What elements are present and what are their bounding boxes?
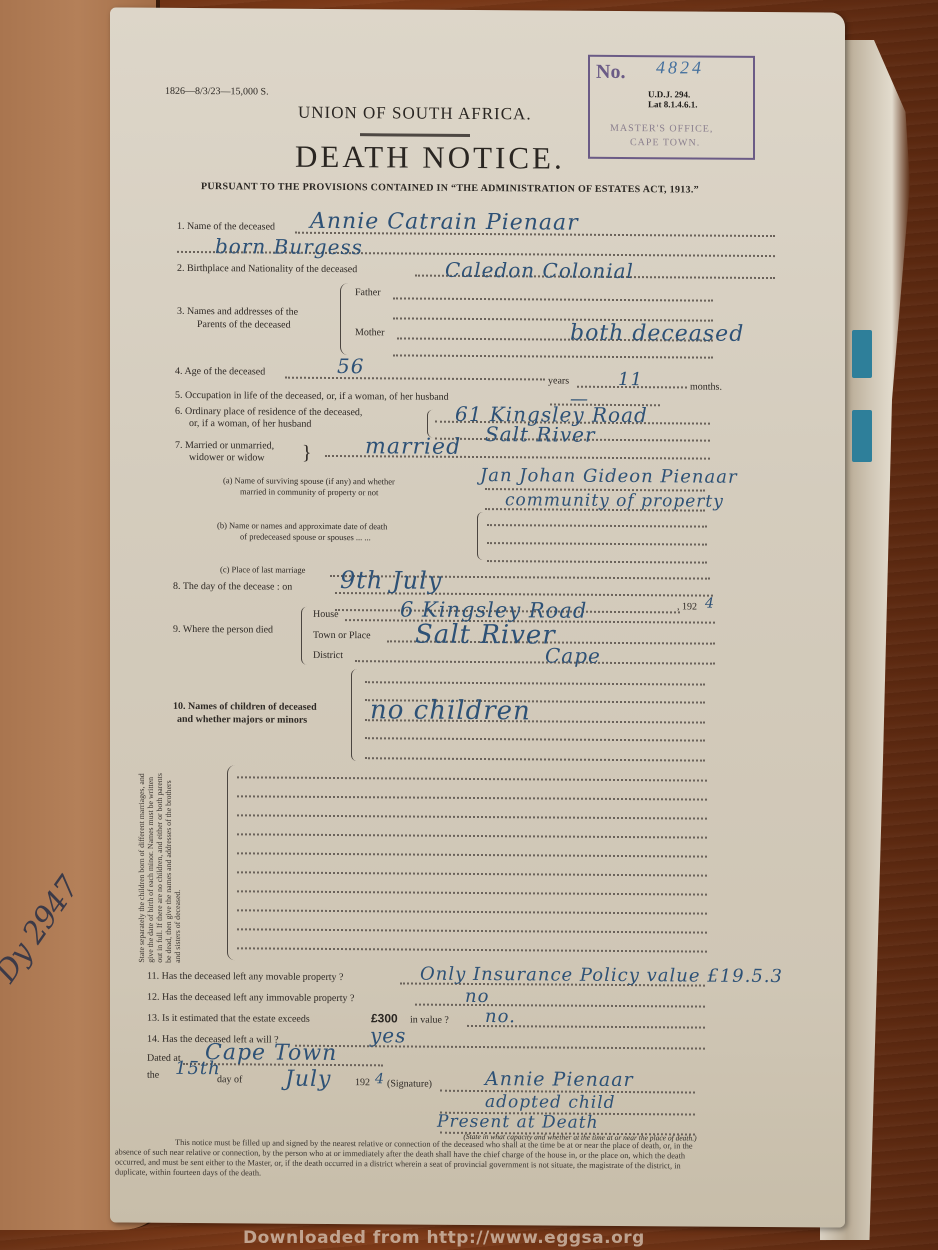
stamp-no-label: No. xyxy=(596,61,625,84)
deceased-name-cont: born Burgess xyxy=(215,234,363,259)
field-4-label: 4. Age of the deceased xyxy=(175,366,265,378)
brace xyxy=(351,669,357,761)
field-6-label2: or, if a woman, of her husband xyxy=(189,418,311,430)
dotted-line xyxy=(393,354,713,358)
field-7a-label2: married in community of property or not xyxy=(240,486,378,497)
field-12-label: 12. Has the deceased left any immovable … xyxy=(147,992,354,1004)
dotted-line xyxy=(365,737,705,741)
title-rule xyxy=(360,133,470,137)
stamp-line2: Lat 8.1.4.6.1. xyxy=(648,99,698,109)
children-value: no children xyxy=(370,695,531,726)
death-town: Salt River xyxy=(415,620,556,651)
field-7c-label: (c) Place of last marriage xyxy=(220,564,305,575)
stamp-number: 4824 xyxy=(656,57,704,78)
death-year-digit: 4 xyxy=(705,596,715,612)
stamp-cape: CAPE TOWN. xyxy=(630,137,700,148)
field-7-label: 7. Married or unmarried, xyxy=(175,440,274,452)
dotted-line xyxy=(237,814,707,819)
residence-line2: Salt River xyxy=(485,422,596,447)
signature-value: Annie Pienaar xyxy=(485,1068,634,1091)
masters-office-stamp: No. 4824 U.D.J. 294. Lat 8.1.4.6.1. MAST… xyxy=(588,55,755,160)
dotted-line xyxy=(355,660,715,665)
year-prefix: , 192 xyxy=(677,601,697,612)
dotted-line xyxy=(487,542,707,546)
stamp-line1: U.D.J. 294. xyxy=(648,89,698,99)
source-watermark: Downloaded from http://www.eggsa.org xyxy=(243,1228,645,1248)
signatory-capacity-2: Present at Death xyxy=(437,1112,599,1133)
field-13-label2: in value ? xyxy=(410,1015,449,1026)
signatory-capacity-1: adopted child xyxy=(485,1092,616,1113)
blue-tab-marker xyxy=(852,410,872,462)
signed-year-digit: 4 xyxy=(375,1071,385,1087)
header-pursuant: PURSUANT TO THE PROVISIONS CONTAINED IN … xyxy=(190,181,710,196)
stamp-udj: U.D.J. 294. Lat 8.1.4.6.1. xyxy=(648,89,698,109)
dotted-line xyxy=(237,776,707,781)
dotted-line xyxy=(295,1045,705,1050)
field-3-label: 3. Names and addresses of the xyxy=(177,306,298,318)
field-5-label: 5. Occupation in life of the deceased, o… xyxy=(175,390,449,403)
field-13-label: 13. Is it estimated that the estate exce… xyxy=(147,1013,310,1025)
district-label: District xyxy=(313,650,343,661)
field-1-label: 1. Name of the deceased xyxy=(177,221,275,233)
dotted-line xyxy=(415,1004,705,1008)
dotted-line xyxy=(237,947,707,952)
signature-label: (Signature) xyxy=(387,1078,432,1089)
signed-year-prefix: 192 xyxy=(355,1077,370,1088)
blue-tab-marker xyxy=(852,330,872,378)
dotted-line xyxy=(487,560,707,564)
house-label: House xyxy=(313,609,339,620)
deceased-name: Annie Catrain Pienaar xyxy=(310,209,579,236)
left-will: yes xyxy=(370,1023,406,1047)
field-7b-label2: of predeceased spouse or spouses ... ... xyxy=(240,531,371,542)
dotted-line xyxy=(237,928,707,933)
estate-exceeds: no. xyxy=(485,1006,516,1027)
field-3-label2: Parents of the deceased xyxy=(197,319,291,331)
field-2-label: 2. Birthplace and Nationality of the dec… xyxy=(177,263,357,275)
dotted-line xyxy=(487,524,707,528)
property-regime: community of property xyxy=(505,490,724,512)
dotted-line xyxy=(237,795,707,800)
field-9-label: 9. Where the person died xyxy=(173,624,273,636)
surviving-spouse: Jan Johan Gideon Pienaar xyxy=(480,465,738,488)
brace xyxy=(340,283,348,355)
brace xyxy=(227,765,235,960)
field-7b-label: (b) Name or names and approximate date o… xyxy=(217,520,387,531)
brace xyxy=(477,512,483,560)
dotted-line xyxy=(237,852,707,857)
dotted-line xyxy=(237,909,707,914)
field-11-label: 11. Has the deceased left any movable pr… xyxy=(147,971,344,983)
dotted-line xyxy=(237,890,707,895)
town-label: Town or Place xyxy=(313,630,371,641)
signed-day: 15th xyxy=(175,1058,221,1079)
years-label: years xyxy=(548,375,569,386)
dotted-line xyxy=(237,871,707,876)
signed-month: July xyxy=(285,1067,331,1092)
stamp-master: MASTER'S OFFICE, xyxy=(610,123,713,135)
side-instruction-note: State separately the children born of di… xyxy=(137,771,181,963)
mother-label: Mother xyxy=(355,327,384,338)
age-months: 11 xyxy=(618,369,643,390)
parents-value: both deceased xyxy=(570,321,744,347)
field-7-label2: widower or widow xyxy=(189,452,265,464)
birthplace-nationality: Caledon Colonial xyxy=(445,258,634,283)
death-notice-document: 1826—8/3/23—15,000 S. UNION OF SOUTH AFR… xyxy=(110,7,845,1227)
age-years: 56 xyxy=(337,354,364,378)
the-label: the xyxy=(147,1070,159,1081)
field-10-label: 10. Names of children of deceased xyxy=(173,701,317,713)
dated-at-value: Cape Town xyxy=(205,1040,337,1066)
dotted-line xyxy=(393,297,713,301)
months-label: months. xyxy=(690,381,722,392)
dotted-line xyxy=(365,757,705,761)
marital-status: married xyxy=(365,434,461,460)
brace xyxy=(427,410,433,438)
page-title: DEATH NOTICE. xyxy=(295,139,565,177)
field-8-label: 8. The day of the decease : on xyxy=(173,581,292,593)
dotted-line xyxy=(365,681,705,685)
day-of-label: day of xyxy=(217,1074,242,1085)
dotted-line xyxy=(237,833,707,838)
header-union: UNION OF SOUTH AFRICA. xyxy=(298,103,532,125)
field-6-label: 6. Ordinary place of residence of the de… xyxy=(175,406,362,418)
brace-glyph: } xyxy=(302,442,312,465)
father-label: Father xyxy=(355,287,381,298)
date-of-death: 9th July xyxy=(340,566,442,595)
footer-instruction: This notice must be filled up and signed… xyxy=(115,1137,700,1181)
movable-property: Only Insurance Policy value £19.5.3 xyxy=(420,964,783,988)
death-district: Cape xyxy=(545,643,601,667)
print-code: 1826—8/3/23—15,000 S. xyxy=(165,86,269,98)
field-10-label2: and whether majors or minors xyxy=(177,714,307,726)
immovable-property: no xyxy=(465,986,489,1007)
brace xyxy=(301,607,307,665)
dotted-line xyxy=(285,377,545,381)
field-7a-label: (a) Name of surviving spouse (if any) an… xyxy=(223,475,395,486)
